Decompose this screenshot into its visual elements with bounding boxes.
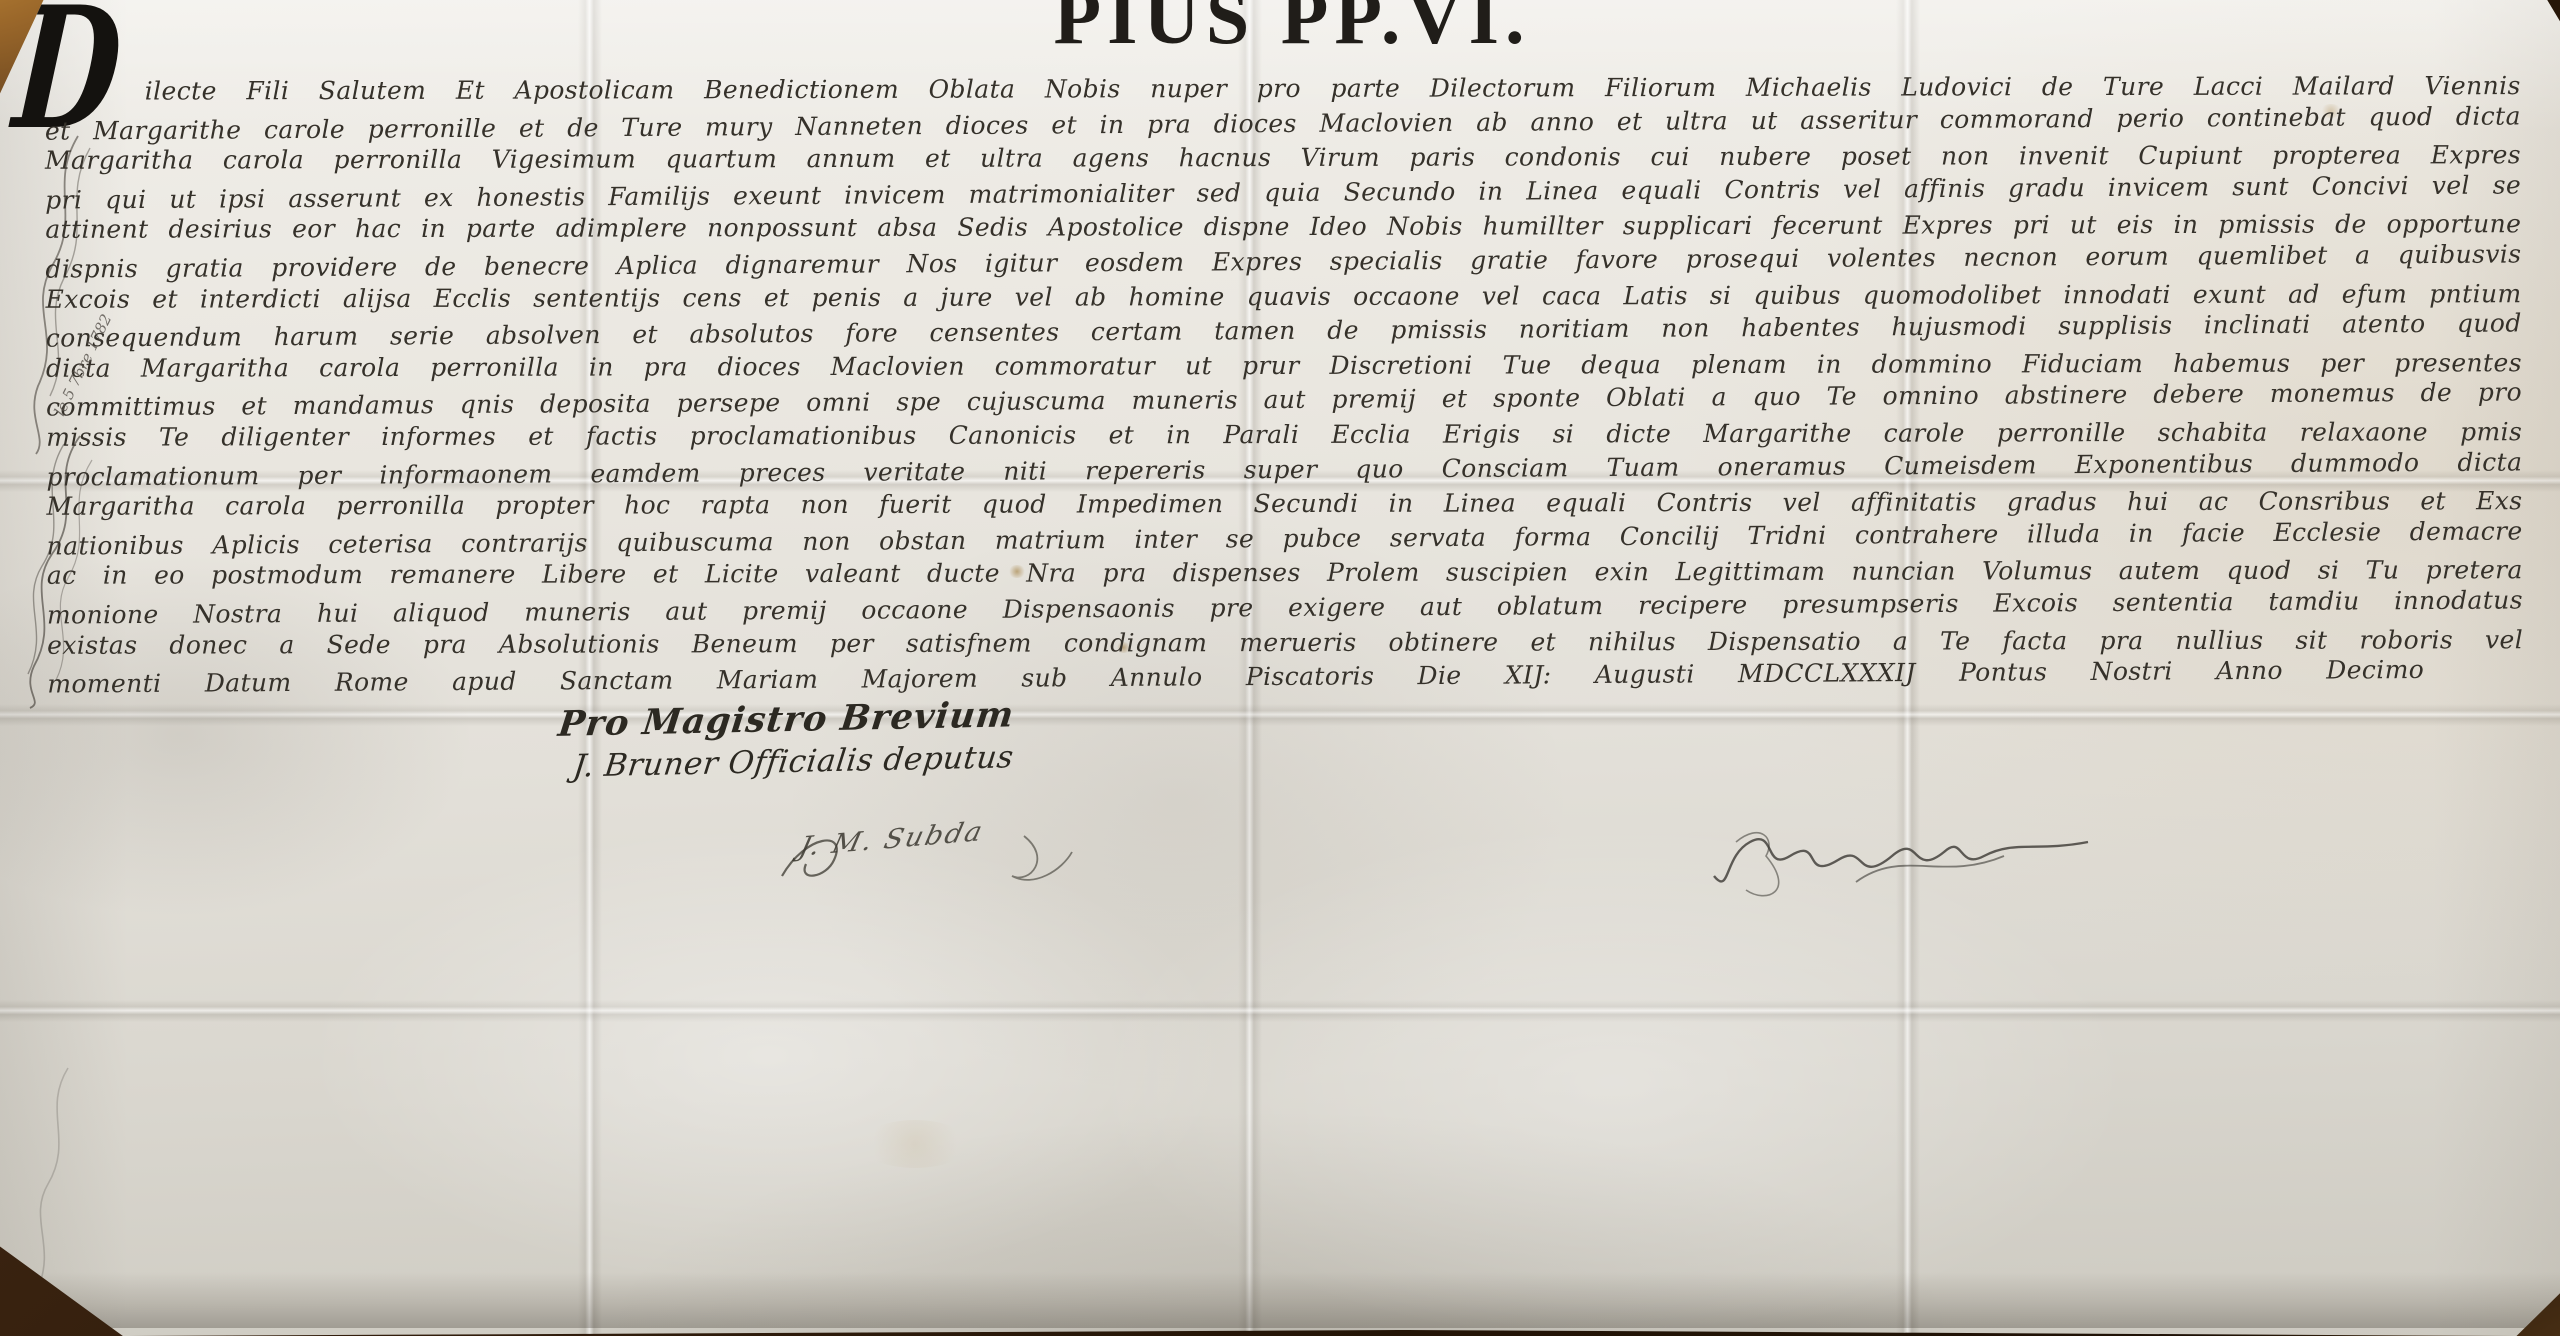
signature-flourish-right bbox=[1706, 812, 2106, 908]
bottom-edge-shadow bbox=[0, 1272, 2560, 1328]
subscription-line-1: Pro Magistro Brevium bbox=[556, 692, 1121, 745]
photograph-of-papal-brief: PIUS PP.VI. D ilecte Fili Salutem Et Apo… bbox=[0, 0, 2560, 1336]
fold-crease-horizontal-2 bbox=[0, 704, 2560, 726]
stain-spot bbox=[860, 1120, 970, 1168]
margin-annotation-squiggle-3 bbox=[8, 1060, 88, 1300]
fold-crease-horizontal-3 bbox=[0, 1000, 2560, 1022]
signature-right bbox=[1706, 812, 2106, 908]
signature-left: J. M. Subda bbox=[772, 818, 1092, 898]
printed-header-title: PIUS PP.VI. bbox=[1053, 0, 1530, 56]
parchment-sheet: PIUS PP.VI. D ilecte Fili Salutem Et Apo… bbox=[0, 0, 2560, 1336]
chancery-subscription: Pro Magistro Brevium J. Bruner Officiali… bbox=[551, 692, 1121, 785]
subscription-line-2: J. Bruner Officialis deputus bbox=[571, 737, 1115, 784]
manuscript-text-block: ilecte Fili Salutem Et Apostolicam Bened… bbox=[45, 67, 2524, 700]
